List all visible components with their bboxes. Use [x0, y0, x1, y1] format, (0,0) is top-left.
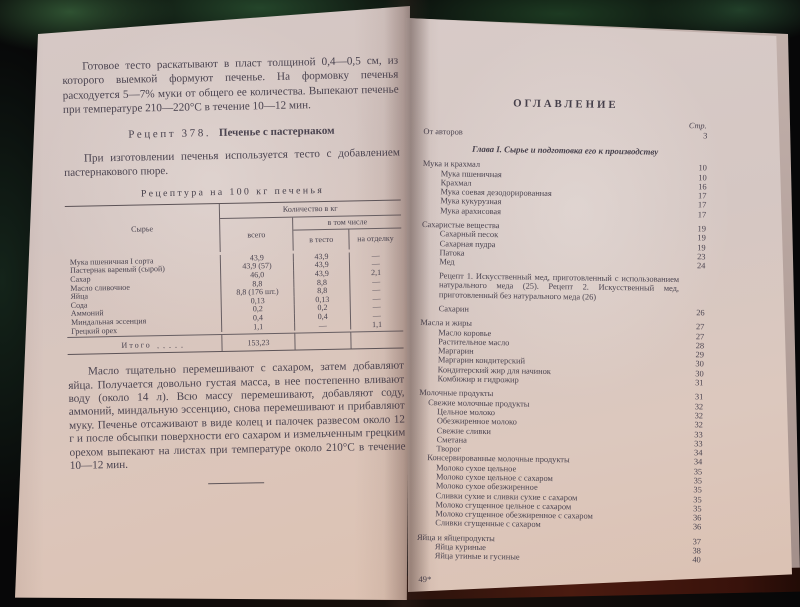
- total-value-cell: 153,23: [222, 333, 296, 351]
- recipe-number: Рецепт 378.: [128, 127, 211, 141]
- toc-page-number: 35: [690, 486, 702, 495]
- col-header-finish: на отделку: [349, 228, 401, 249]
- paragraph-method: Масло тщательно перемешивают с сахаром, …: [68, 360, 406, 474]
- right-page-content: ОГЛАВЛЕНИЕ Стр. От авторов3 Глава I. Сыр…: [416, 96, 708, 588]
- dot-leader: [121, 331, 215, 333]
- toc-page-number: 34: [690, 458, 702, 467]
- toc-page-number: 27: [692, 332, 704, 341]
- recipe-table: Сырье Количество в кг всего в том числе …: [65, 199, 404, 355]
- toc-page-number: 35: [690, 476, 702, 485]
- ingredient-finish-cell: 1,1: [351, 320, 403, 330]
- right-page: ОГЛАВЛЕНИЕ Стр. От авторов3 Глава I. Сыр…: [400, 6, 792, 592]
- toc-page-number: 36: [689, 513, 701, 522]
- toc-page-number: 29: [692, 350, 704, 359]
- dot-leader: [544, 527, 687, 529]
- toc-page-number: 40: [689, 556, 701, 565]
- toc-page-number: 35: [689, 504, 701, 513]
- toc-page-number: 35: [690, 495, 702, 504]
- toc-entries-group-b: Сахарин26 Масла и жиры27 Масло коровье27…: [417, 304, 705, 565]
- toc-page-number: 17: [694, 201, 706, 210]
- toc-entry: Сахарин26: [421, 304, 705, 318]
- recipe-heading: Рецепт 378. Печенье с пастернаком: [63, 124, 399, 142]
- total-label-cell: Итого: [67, 334, 222, 354]
- toc-page-number: 35: [690, 467, 702, 476]
- toc-page-number: 10: [695, 173, 707, 182]
- dot-leader: [466, 135, 693, 139]
- toc-page-number: 36: [689, 523, 701, 532]
- toc-page-number: 19: [694, 234, 706, 243]
- toc-page-number: 24: [693, 262, 705, 271]
- toc-page-number: 27: [692, 322, 704, 331]
- toc-page-number: 17: [694, 191, 706, 200]
- paragraph-dough: Готовое тесто раскатывают в пласт толщин…: [62, 54, 399, 118]
- book-photo: Готовое тесто раскатывают в пласт толщин…: [0, 0, 800, 607]
- toc-page-number: 19: [694, 224, 706, 233]
- dot-leader: [580, 500, 686, 502]
- left-page-content: Готовое тесто раскатывают в пласт толщин…: [62, 54, 406, 488]
- dot-leader: [574, 509, 686, 511]
- recipe-table-header: Сырье Количество в кг всего в том числе …: [65, 200, 402, 254]
- toc-title: ОГЛАВЛЕНИЕ: [424, 96, 708, 112]
- toc-page-number: 3: [695, 131, 707, 140]
- dot-leader: [472, 312, 690, 315]
- toc-page-number: 32: [691, 411, 703, 420]
- toc-page-number: 30: [692, 369, 704, 378]
- ingredient-total-cell: 1,1: [222, 322, 296, 332]
- toc-page-number: 17: [694, 210, 706, 219]
- toc-page-number: 19: [694, 243, 706, 252]
- toc-page-number: 32: [691, 402, 703, 411]
- dot-leader: [504, 214, 691, 217]
- dot-leader: [458, 265, 691, 269]
- dot-leader: [523, 560, 686, 563]
- toc-page-number: 38: [689, 546, 701, 555]
- dot-leader: [596, 519, 687, 520]
- table-title: Рецептура на 100 кг печенья: [64, 183, 400, 200]
- toc-page-number: 23: [693, 252, 705, 261]
- section-divider: [208, 483, 264, 485]
- toc-recipes-note: Рецепт 1. Искусственный мед, приготовлен…: [439, 271, 679, 304]
- toc-chapter-heading: Глава I. Сырье и подготовка его к произв…: [423, 143, 707, 157]
- toc-page-number: 28: [692, 341, 704, 350]
- toc-page-number: 33: [691, 430, 703, 439]
- dot-leader: [573, 463, 688, 465]
- toc-page-number: 10: [695, 164, 707, 173]
- ingredient-name-cell: Грецкий орех: [67, 324, 222, 336]
- toc-page-number: 33: [690, 439, 702, 448]
- dot-leader: [158, 347, 184, 349]
- toc-page-number: 37: [689, 537, 701, 546]
- col-header-dough: в тесто: [294, 229, 350, 250]
- toc-page-number: 16: [695, 182, 707, 191]
- toc-page-number: 30: [692, 360, 704, 369]
- col-header-raw: Сырье: [65, 204, 220, 255]
- toc-page-number: 34: [690, 448, 702, 457]
- toc-page-number: 26: [693, 308, 705, 317]
- toc-page-number: 32: [691, 420, 703, 429]
- total-empty-dough: [296, 332, 352, 350]
- left-page: Готовое тесто раскатывают в пласт толщин…: [12, 2, 410, 600]
- col-header-total: всего: [220, 217, 295, 251]
- dot-leader: [522, 383, 689, 386]
- toc-page-number: 31: [691, 378, 703, 387]
- recipe-title: Печенье с пастернаком: [219, 125, 335, 139]
- recipe-table-body: Мука пшеничная I сорта 43,9 43,9 — Пасте…: [66, 248, 404, 337]
- total-empty-finish: [351, 331, 403, 349]
- ingredient-dough-cell: —: [296, 321, 352, 331]
- toc-page-number: 31: [691, 393, 703, 402]
- paragraph-intro: При изготовлении печенья используется те…: [64, 146, 400, 181]
- toc-entries-group-a: Мука и крахмал10 Мука пшеничная10 Крахма…: [421, 159, 707, 271]
